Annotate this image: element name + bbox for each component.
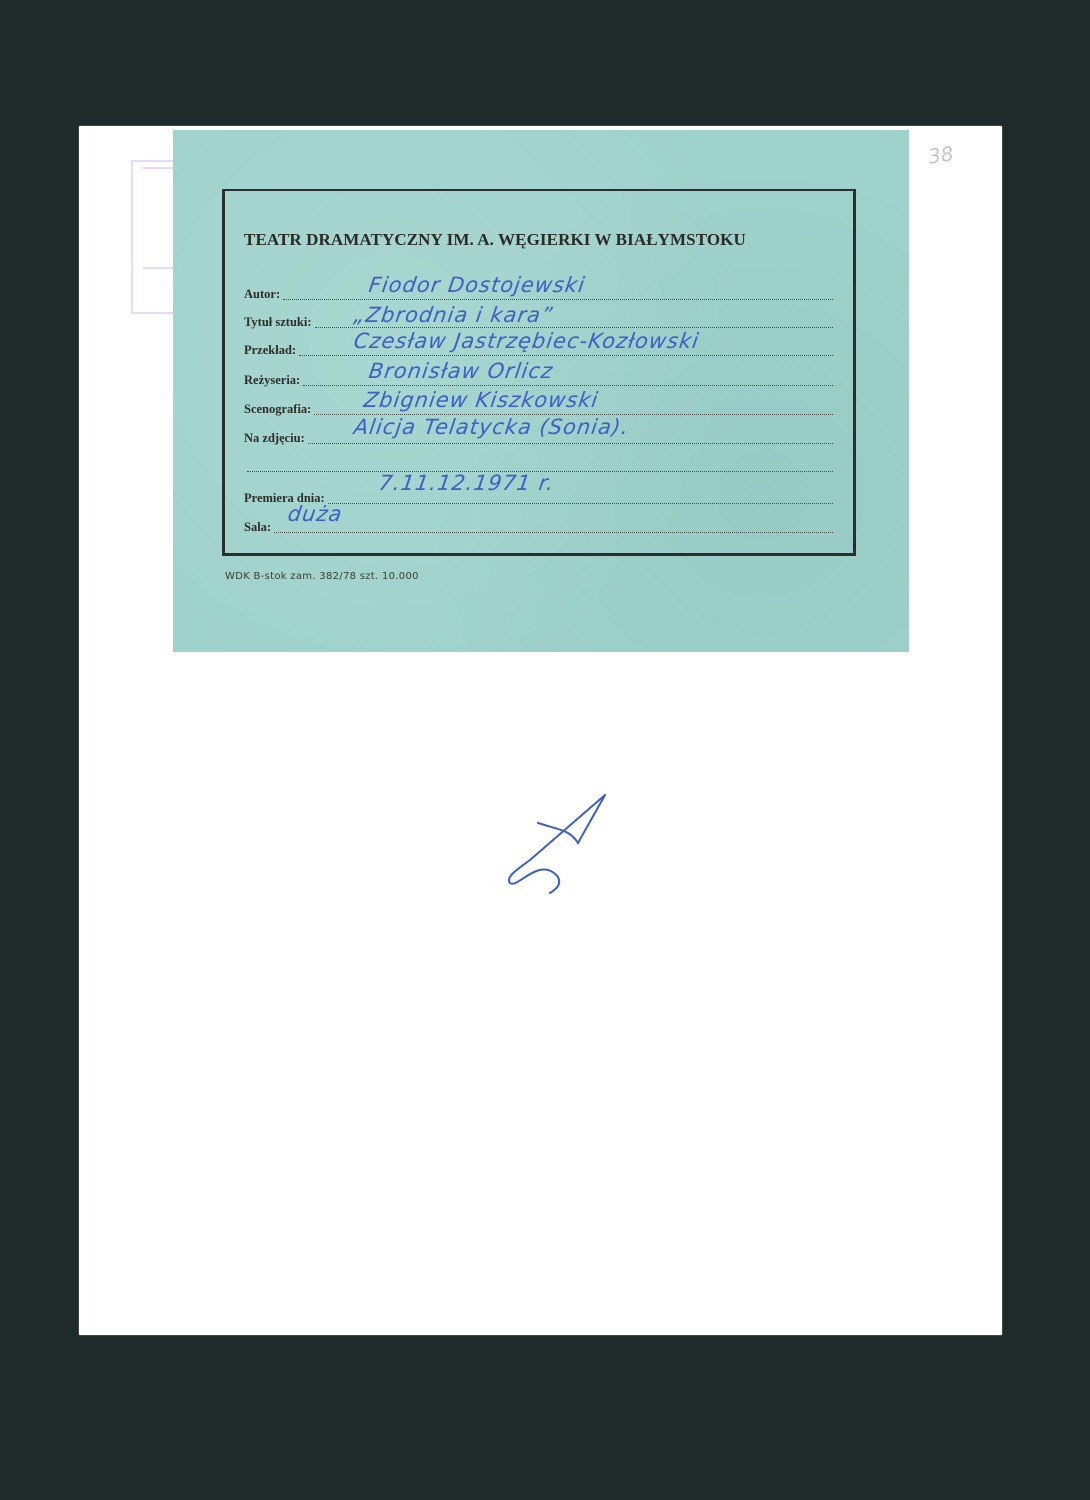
card-frame: TEATR DRAMATYCZNY IM. A. WĘGIERKI W BIAŁ… bbox=[222, 189, 856, 556]
field-label: Autor: bbox=[244, 287, 280, 303]
handwritten-value: Bronisław Orlicz bbox=[367, 359, 554, 383]
handwritten-value: duża bbox=[286, 502, 344, 526]
handwritten-value: „Zbrodnia i kara” bbox=[352, 303, 554, 327]
dotted-line bbox=[308, 442, 833, 444]
dotted-line bbox=[328, 502, 833, 504]
field-label: Scenografia: bbox=[244, 402, 311, 418]
handwritten-value: 7.11.12.1971 r. bbox=[377, 471, 556, 495]
theatre-info-card: TEATR DRAMATYCZNY IM. A. WĘGIERKI W BIAŁ… bbox=[173, 130, 909, 652]
handwritten-value: Fiodor Dostojewski bbox=[367, 273, 587, 297]
print-info: WDK B-stok zam. 382/78 szt. 10.000 bbox=[225, 571, 419, 582]
dotted-line bbox=[283, 298, 833, 300]
field-row-director: Reżyseria: Bronisław Orlicz bbox=[244, 367, 833, 389]
field-label: Reżyseria: bbox=[244, 373, 300, 389]
field-label: Przekład: bbox=[244, 343, 296, 359]
handwritten-value: Czesław Jastrzębiec-Kozłowski bbox=[352, 329, 701, 353]
field-label: Tytuł sztuki: bbox=[244, 315, 312, 331]
card-title: TEATR DRAMATYCZNY IM. A. WĘGIERKI W BIAŁ… bbox=[244, 230, 746, 250]
dotted-line bbox=[299, 354, 833, 356]
signature-icon bbox=[500, 785, 630, 895]
field-row-title: Tytuł sztuki: „Zbrodnia i kara” bbox=[244, 309, 833, 331]
field-row-photo: Na zdjęciu: Alicja Telatycka (Sonia). bbox=[244, 425, 833, 447]
field-row-author: Autor: Fiodor Dostojewski bbox=[244, 281, 833, 303]
field-label: Na zdjęciu: bbox=[244, 431, 305, 447]
dotted-line bbox=[303, 384, 833, 386]
dotted-line bbox=[274, 531, 833, 533]
page-number: 38 bbox=[926, 141, 955, 168]
handwritten-value: Alicja Telatycka (Sonia). bbox=[352, 415, 630, 439]
field-row-hall: Sala: duża bbox=[244, 514, 833, 536]
handwritten-value: Zbigniew Kiszkowski bbox=[362, 388, 600, 412]
field-label: Sala: bbox=[244, 520, 271, 536]
field-row-translation: Przekład: Czesław Jastrzębiec-Kozłowski bbox=[244, 337, 833, 359]
